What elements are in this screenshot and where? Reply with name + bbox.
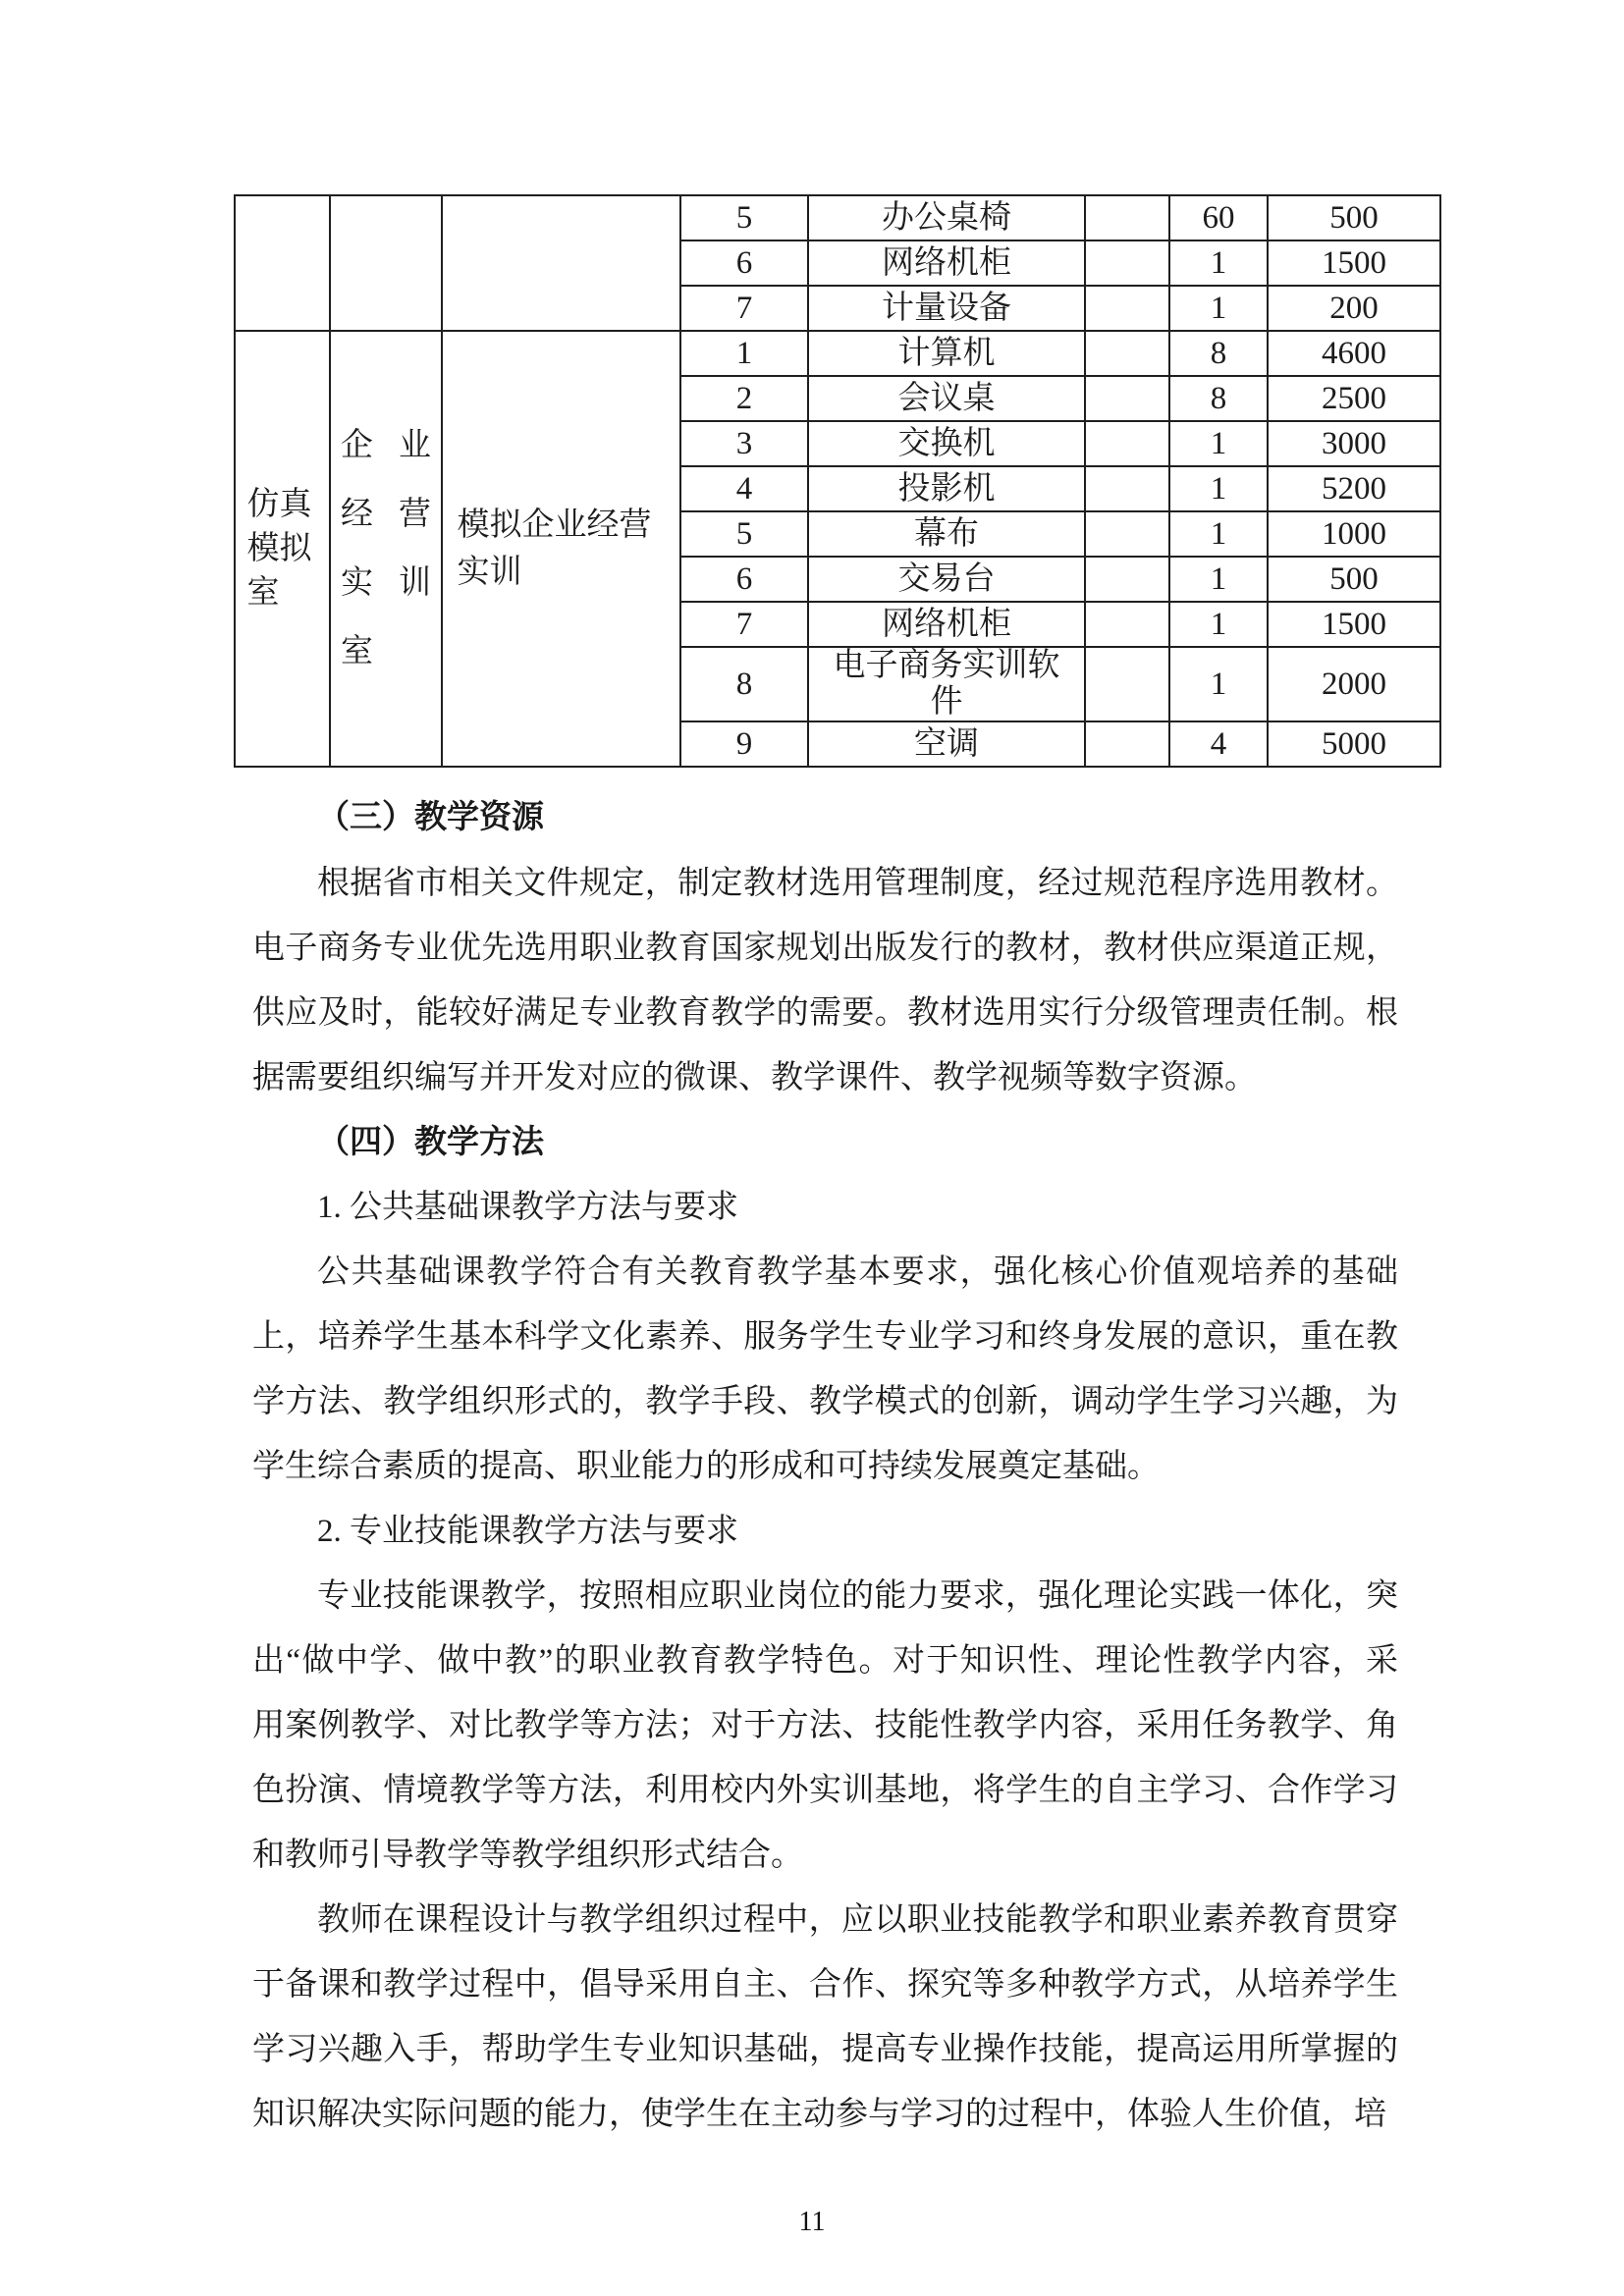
cell-qty: 1: [1169, 240, 1268, 286]
cell-no: 4: [680, 466, 808, 511]
paragraph-line: 知识解决实际问题的能力，使学生在主动参与学习的过程中，体验人生价值，培: [252, 2082, 1398, 2147]
cell-spec: [1085, 721, 1169, 767]
cell-name: 会议桌: [808, 376, 1085, 421]
cell-qty: 60: [1169, 195, 1268, 240]
cell-program: 模拟企业经营实训: [442, 331, 680, 767]
cell-qty: 4: [1169, 721, 1268, 767]
cell-no: 7: [680, 286, 808, 331]
subheading-1: 1. 公共基础课教学方法与要求: [252, 1175, 1463, 1240]
cell-no: 7: [680, 602, 808, 647]
cell-no: 3: [680, 421, 808, 466]
paragraph-line: 色扮演、情境教学等方法，利用校内外实训基地，将学生的自主学习、合作学习: [252, 1758, 1398, 1823]
cell-name: 幕布: [808, 511, 1085, 557]
paragraph-line: 据需要组织编写并开发对应的微课、教学课件、教学视频等数字资源。: [252, 1045, 1398, 1110]
paragraph-line: 教师在课程设计与教学组织过程中，应以职业技能教学和职业素养教育贯穿: [252, 1888, 1398, 1952]
table-row: 5 办公桌椅 60 500: [235, 195, 1440, 240]
cell-qty: 8: [1169, 376, 1268, 421]
cell-price: 200: [1268, 286, 1440, 331]
cell-name: 计算机: [808, 331, 1085, 376]
paragraph-four-c: 教师在课程设计与教学组织过程中，应以职业技能教学和职业素养教育贯穿 于备课和教学…: [252, 1888, 1398, 2147]
cell-spec: [1085, 557, 1169, 602]
paragraph-line: 学习兴趣入手，帮助学生专业知识基础，提高专业操作技能，提高运用所掌握的: [252, 2017, 1398, 2082]
cell-price: 1000: [1268, 511, 1440, 557]
cell-no: 8: [680, 647, 808, 721]
paragraph-line: 上，培养学生基本科学文化素养、服务学生专业学习和终身发展的意识，重在教: [252, 1305, 1398, 1369]
paragraph-line: 根据省市相关文件规定，制定教材选用管理制度，经过规范程序选用教材。: [252, 851, 1398, 916]
cell-price: 4600: [1268, 331, 1440, 376]
cell-spec: [1085, 240, 1169, 286]
cell-qty: 1: [1169, 557, 1268, 602]
equipment-table: 5 办公桌椅 60 500 6 网络机柜 1 1500 7 计量设备 1 200…: [234, 194, 1441, 768]
table-row: 仿真模拟室 企业经营实训室 模拟企业经营实训 1 计算机 8 4600: [235, 331, 1440, 376]
cell-no: 6: [680, 557, 808, 602]
paragraph-three: 根据省市相关文件规定，制定教材选用管理制度，经过规范程序选用教材。 电子商务专业…: [252, 851, 1398, 1110]
cell-name: 网络机柜: [808, 240, 1085, 286]
cell-name: 办公桌椅: [808, 195, 1085, 240]
paragraph-line: 公共基础课教学符合有关教育教学基本要求，强化核心价值观培养的基础: [252, 1240, 1398, 1305]
cell-price: 500: [1268, 557, 1440, 602]
cell-name: 交易台: [808, 557, 1085, 602]
section-heading-four: （四）教学方法: [252, 1110, 1463, 1175]
cell-price: 5200: [1268, 466, 1440, 511]
cell-no: 2: [680, 376, 808, 421]
cell-price: 2500: [1268, 376, 1440, 421]
paragraph-line: 出“做中学、做中教”的职业教育教学特色。对于知识性、理论性教学内容，采: [252, 1629, 1398, 1693]
paragraph-line: 电子商务专业优先选用职业教育国家规划出版发行的教材，教材供应渠道正规，: [252, 916, 1398, 981]
section-heading-three: （三）教学资源: [252, 785, 1463, 850]
cell-name: 投影机: [808, 466, 1085, 511]
paragraph-four-b: 专业技能课教学，按照相应职业岗位的能力要求，强化理论实践一体化，突 出“做中学、…: [252, 1564, 1398, 1888]
cell-price: 1500: [1268, 240, 1440, 286]
cell-room: [235, 195, 330, 331]
cell-no: 6: [680, 240, 808, 286]
cell-price: 1500: [1268, 602, 1440, 647]
document-page: { "page": { "number": "11" }, "table": {…: [0, 0, 1624, 2296]
paragraph-line: 用案例教学、对比教学等方法；对于方法、技能性教学内容，采用任务教学、角: [252, 1693, 1398, 1758]
cell-room: 仿真模拟室: [235, 331, 330, 767]
cell-qty: 8: [1169, 331, 1268, 376]
cell-spec: [1085, 376, 1169, 421]
cell-name: 空调: [808, 721, 1085, 767]
cell-price: 5000: [1268, 721, 1440, 767]
paragraph-line: 于备课和教学过程中，倡导采用自主、合作、探究等多种教学方式，从培养学生: [252, 1952, 1398, 2017]
cell-qty: 1: [1169, 286, 1268, 331]
cell-qty: 1: [1169, 511, 1268, 557]
cell-qty: 1: [1169, 421, 1268, 466]
cell-no: 9: [680, 721, 808, 767]
cell-no: 1: [680, 331, 808, 376]
cell-lab: 企业经营实训室: [330, 331, 442, 767]
cell-price: 2000: [1268, 647, 1440, 721]
cell-qty: 1: [1169, 602, 1268, 647]
cell-no: 5: [680, 511, 808, 557]
paragraph-line: 学生综合素质的提高、职业能力的形成和可持续发展奠定基础。: [252, 1434, 1398, 1499]
cell-program: [442, 195, 680, 331]
cell-spec: [1085, 286, 1169, 331]
cell-price: 3000: [1268, 421, 1440, 466]
paragraph-four-a: 公共基础课教学符合有关教育教学基本要求，强化核心价值观培养的基础 上，培养学生基…: [252, 1240, 1398, 1499]
cell-spec: [1085, 421, 1169, 466]
paragraph-line: 供应及时，能较好满足专业教育教学的需要。教材选用实行分级管理责任制。根: [252, 981, 1398, 1045]
cell-spec: [1085, 602, 1169, 647]
cell-lab: [330, 195, 442, 331]
cell-spec: [1085, 331, 1169, 376]
page-number: 11: [0, 2203, 1624, 2242]
cell-no: 5: [680, 195, 808, 240]
subheading-2: 2. 专业技能课教学方法与要求: [252, 1499, 1463, 1564]
cell-name: 网络机柜: [808, 602, 1085, 647]
cell-name: 交换机: [808, 421, 1085, 466]
cell-qty: 1: [1169, 647, 1268, 721]
cell-name: 计量设备: [808, 286, 1085, 331]
lab-label: 企业经营实训室: [341, 411, 431, 686]
cell-qty: 1: [1169, 466, 1268, 511]
cell-price: 500: [1268, 195, 1440, 240]
cell-spec: [1085, 466, 1169, 511]
cell-spec: [1085, 511, 1169, 557]
room-label: 仿真模拟室: [247, 483, 318, 615]
cell-spec: [1085, 647, 1169, 721]
paragraph-line: 和教师引导教学等教学组织形式结合。: [252, 1823, 1398, 1888]
paragraph-line: 专业技能课教学，按照相应职业岗位的能力要求，强化理论实践一体化，突: [252, 1564, 1398, 1629]
cell-name: 电子商务实训软件: [808, 647, 1085, 721]
program-label: 模拟企业经营实训: [458, 502, 666, 596]
paragraph-line: 学方法、教学组织形式的，教学手段、教学模式的创新，调动学生学习兴趣，为: [252, 1369, 1398, 1434]
cell-spec: [1085, 195, 1169, 240]
